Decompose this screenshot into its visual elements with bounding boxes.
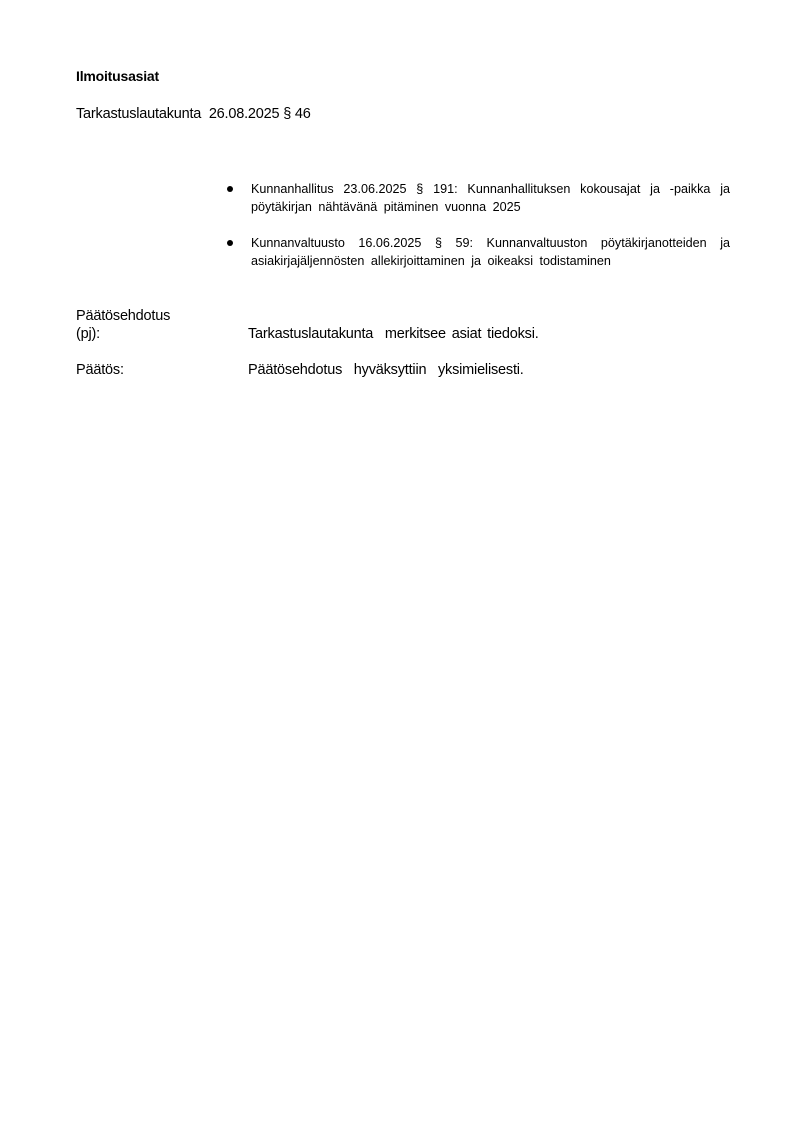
section-heading: Ilmoitusasiat bbox=[76, 68, 159, 84]
proposal-label-line1: Päätösehdotus bbox=[76, 307, 170, 325]
notice-text: Kunnanvaltuusto 16.06.2025 § 59: Kunnanv… bbox=[251, 234, 730, 270]
meeting-reference: Tarkastuslautakunta 26.08.2025 § 46 bbox=[76, 106, 311, 122]
notice-text: Kunnanhallitus 23.06.2025 § 191: Kunnanh… bbox=[251, 180, 730, 216]
bullet-icon bbox=[227, 186, 233, 192]
bullet-icon bbox=[227, 240, 233, 246]
decision-label: Päätös: bbox=[76, 361, 124, 379]
proposal-label-line2: (pj): bbox=[76, 325, 170, 343]
notice-item: Kunnanvaltuusto 16.06.2025 § 59: Kunnanv… bbox=[226, 234, 730, 270]
document-page: Ilmoitusasiat Tarkastuslautakunta 26.08.… bbox=[0, 0, 794, 1122]
proposal-value: Tarkastuslautakunta merkitsee asiat tied… bbox=[248, 325, 539, 343]
notices-list: Kunnanhallitus 23.06.2025 § 191: Kunnanh… bbox=[226, 180, 730, 288]
proposal-label: Päätösehdotus (pj): bbox=[76, 307, 170, 343]
decision-value: Päätösehdotus hyväksyttiin yksimielisest… bbox=[248, 361, 524, 379]
notice-item: Kunnanhallitus 23.06.2025 § 191: Kunnanh… bbox=[226, 180, 730, 216]
